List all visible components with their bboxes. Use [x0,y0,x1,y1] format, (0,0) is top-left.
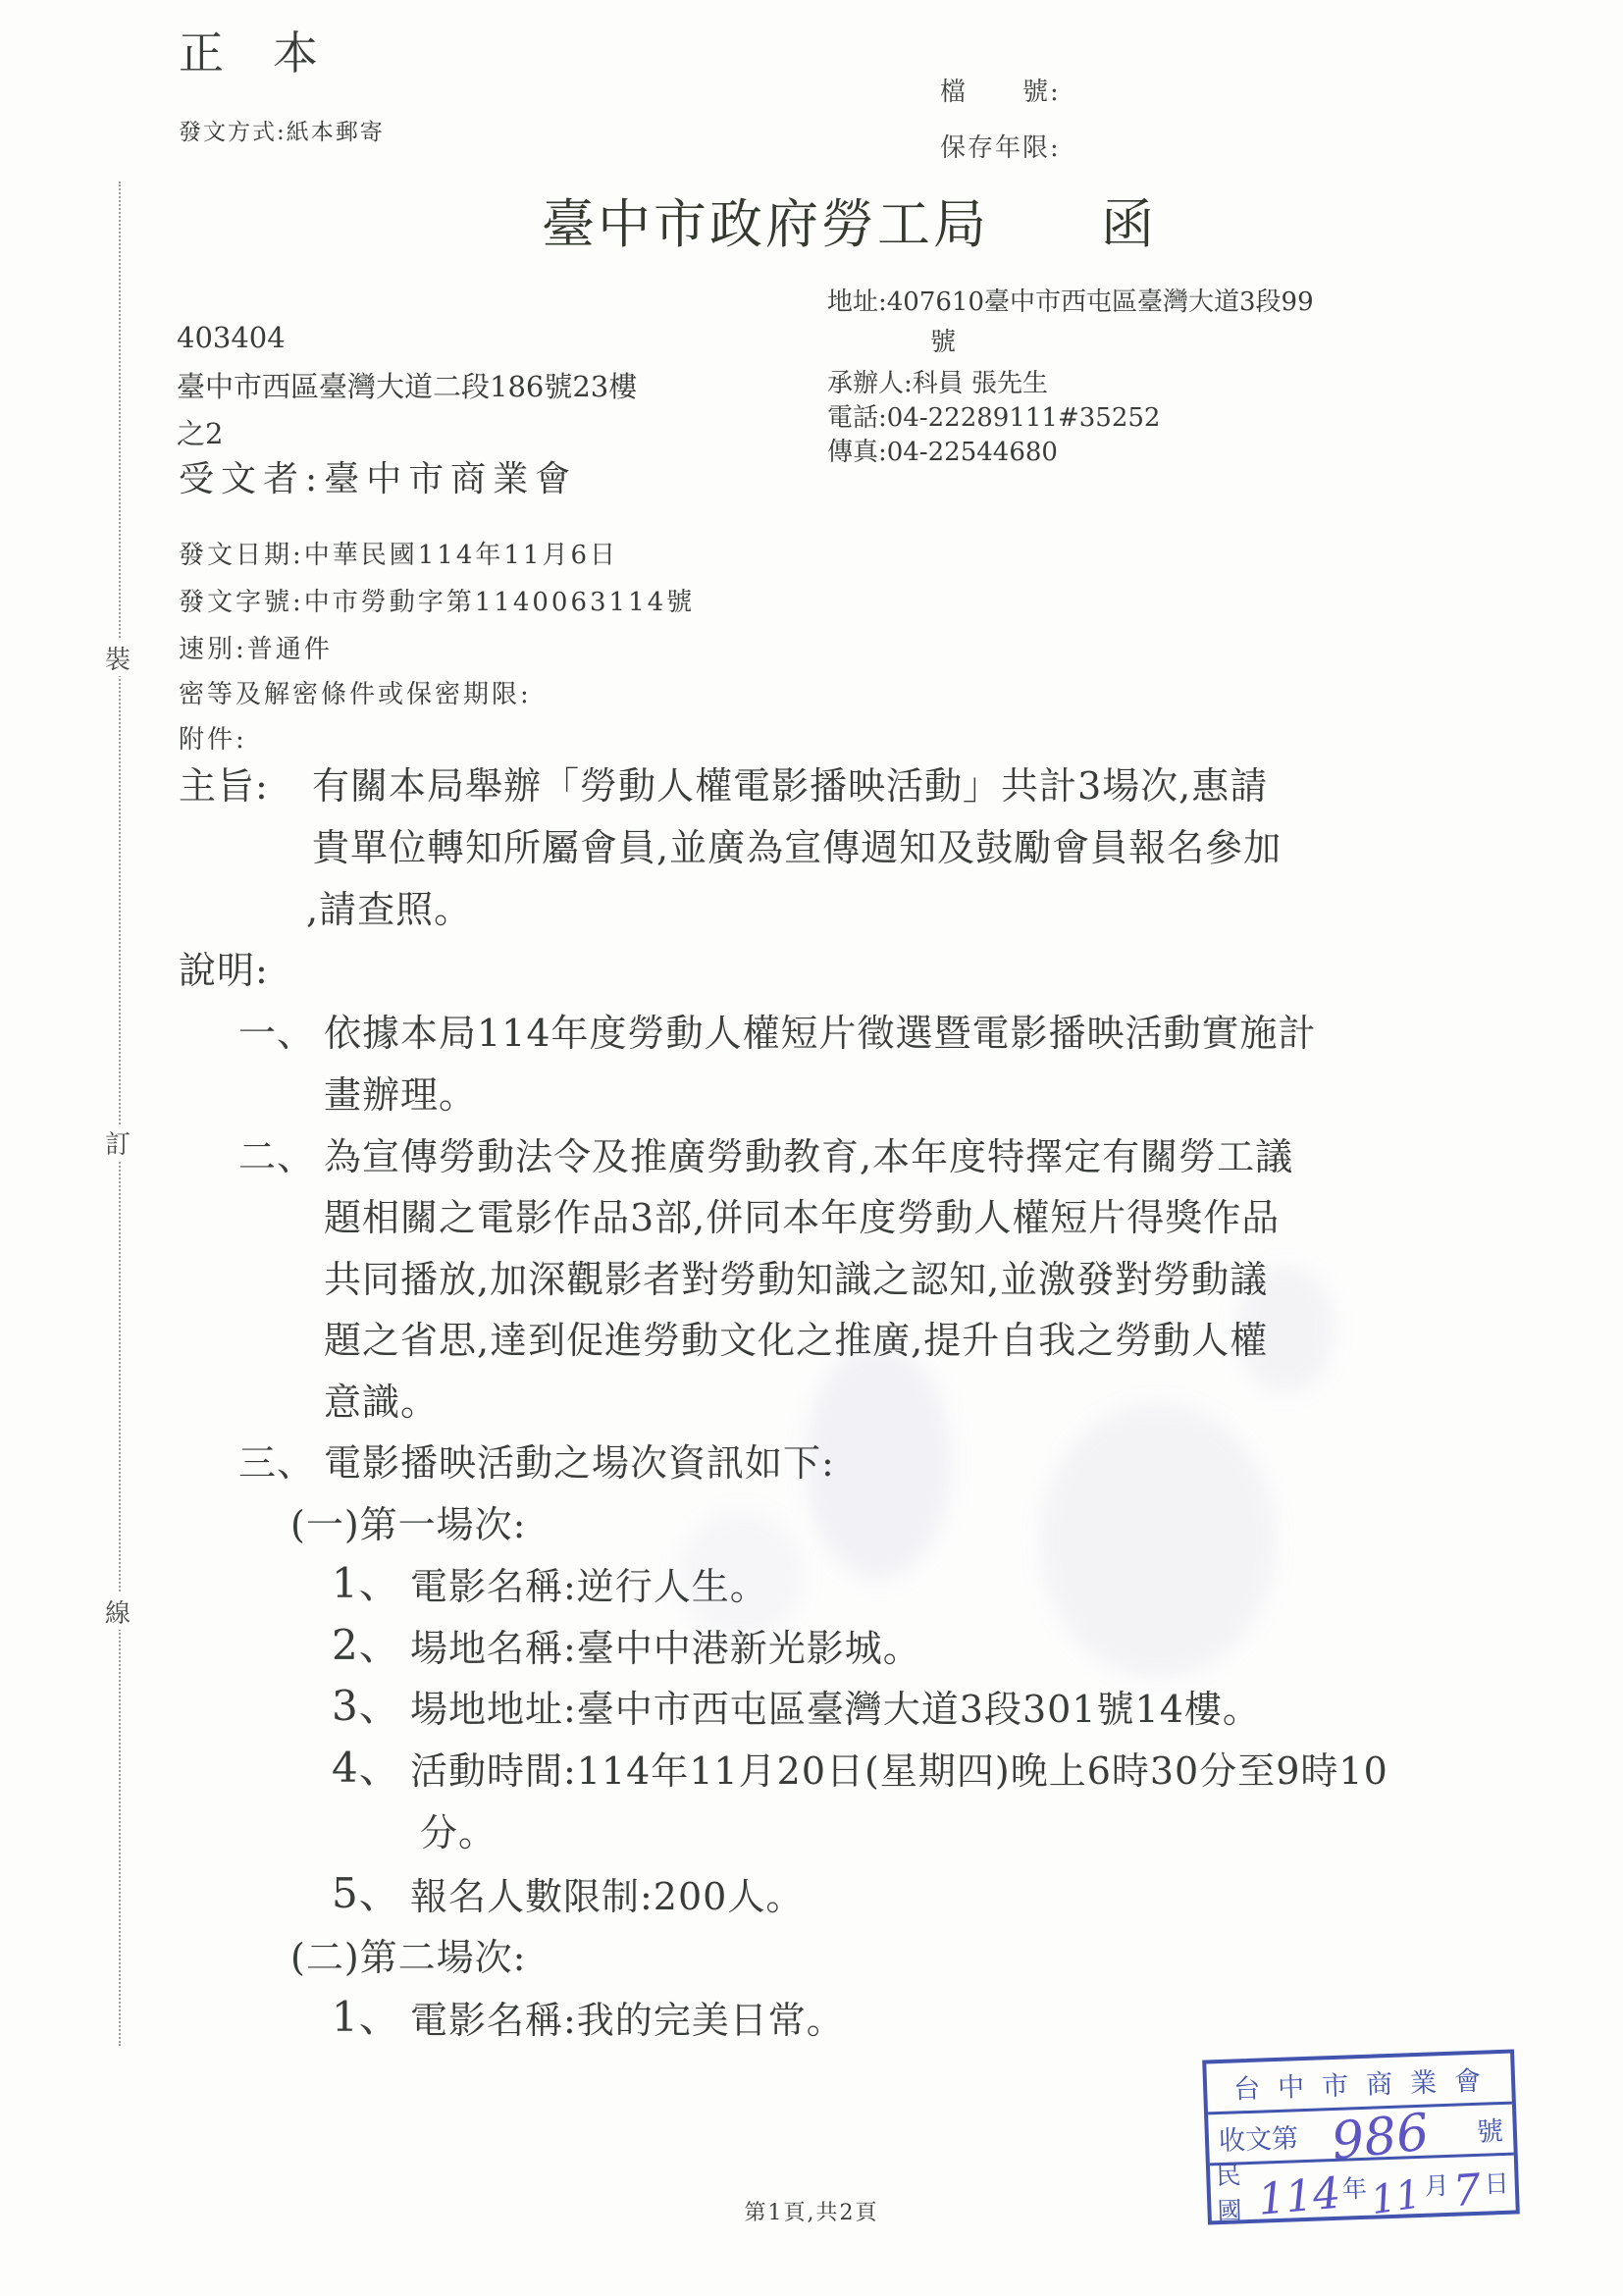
agency-contact-person: 承辦人:科員 張先生 [827,370,1048,399]
stamp-year-unit: 年 [1341,2168,1367,2205]
issue-date-line: 發文日期:中華民國114年11月6日 [179,542,618,571]
copy-type-label: 正 本 [179,27,320,79]
stamp-month-unit: 月 [1424,2166,1449,2202]
subject-line-3: ,請查照。 [306,889,472,932]
subject-line-1: 有關本局舉辦「勞動人權電影播映活動」共計3場次,惠請 [312,765,1268,809]
session2-item1-number: 1、 [332,1994,401,2041]
explanation-item1-line1: 依據本局114年度勞動人權短片徵選暨電影播映活動實施計 [324,1013,1317,1056]
session1-item3-text: 場地地址:臺中市西屯區臺灣大道3段301號14樓。 [410,1689,1261,1732]
priority-line: 速別:普通件 [179,636,333,665]
stamp-date-era: 民國 [1216,2155,1258,2226]
explanation-item3-number: 三、 [238,1442,315,1486]
session2-header: (二)第二場次: [290,1937,526,1980]
session1-header: (一)第一場次: [290,1504,526,1547]
subject-label: 主旨: [179,765,269,809]
explanation-item2-line1: 為宣傳勞動法令及推廣勞動教育,本年度特擇定有關勞工議 [324,1136,1293,1179]
doc-number-line: 發文字號:中市勞動字第1140063114號 [179,589,695,618]
explanation-item1-number: 一、 [238,1013,315,1056]
scanned-official-letter-page: 裝 訂 線 正 本 發文方式:紙本郵寄 檔 號: 保存年限: 臺中市政府勞工局 … [0,0,1623,2296]
scan-smudge [1040,1403,1276,1678]
stamp-month-handwritten: 11 [1368,2171,1424,2223]
session1-item4-number: 4、 [332,1745,401,1792]
binding-mark-ding: 訂 [98,1124,137,1161]
session1-item5-number: 5、 [332,1870,401,1917]
recipient-line: 受文者:臺中市商業會 [179,459,577,499]
session1-item4-text: 活動時間:114年11月20日(星期四)晚上6時30分至9時10 [410,1750,1388,1794]
explanation-item2-line5: 意識。 [324,1382,439,1425]
explanation-label: 說明: [179,950,269,993]
stamp-day-handwritten: 7 [1451,2165,1482,2217]
session1-item2-number: 2、 [332,1622,401,1669]
stamp-receipt-number-handwritten: 986 [1329,2103,1432,2171]
subject-line-2: 貴單位轉知所屬會員,並廣為宣傳週知及鼓勵會員報名參加 [312,827,1282,870]
document-title: 臺中市政府勞工局 函 [542,194,1157,255]
agency-address-line1: 地址:407610臺中市西屯區臺灣大道3段99 [827,288,1314,318]
retention-period-label: 保存年限: [940,134,1061,164]
session1-item2-text: 場地名稱:臺中中港新光影城。 [410,1628,921,1671]
recipient-address-line2: 之2 [177,418,223,450]
stamp-year-handwritten: 114 [1256,2168,1342,2225]
delivery-method-label: 發文方式:紙本郵寄 [179,120,385,145]
receipt-stamp: 台中市商業會 收文第 986 號 民國 114 年 11 月 7 日 [1202,2050,1520,2225]
explanation-item2-line2: 題相關之電影作品3部,併同本年度勞動人權短片得獎作品 [324,1197,1280,1240]
session1-item1-text: 電影名稱:逆行人生。 [410,1566,768,1609]
session1-item3-number: 3、 [332,1683,401,1730]
agency-phone: 電話:04-22289111#35252 [827,404,1160,434]
stamp-receipt-prefix: 收文第 [1218,2116,1298,2158]
stamp-day-unit: 日 [1484,2164,1509,2200]
file-number-label: 檔 號: [940,78,1061,108]
explanation-item2-line4: 題之省思,達到促進勞動文化之推廣,提升自我之勞動人權 [324,1320,1268,1363]
recipient-address-line1: 臺中市西區臺灣大道二段186號23樓 [177,371,637,403]
session1-item1-number: 1、 [332,1560,401,1607]
agency-fax: 傳真:04-22544680 [827,439,1058,468]
security-line: 密等及解密條件或保密期限: [179,681,532,710]
explanation-item1-line2: 畫辦理。 [324,1074,477,1118]
attachment-line: 附件: [179,726,247,756]
binding-dotted-line [119,182,121,2046]
binding-mark-xian: 線 [98,1593,137,1630]
session2-item1-text: 電影名稱:我的完美日常。 [410,2000,845,2043]
explanation-item3-line1: 電影播映活動之場次資訊如下: [324,1442,835,1486]
session1-item4-wrap: 分。 [420,1812,497,1855]
explanation-item2-line3: 共同播放,加深觀影者對勞動知識之認知,並激發對勞動議 [324,1259,1268,1302]
explanation-item2-number: 二、 [238,1136,315,1179]
stamp-receipt-suffix: 號 [1476,2110,1503,2149]
agency-address-line2: 號 [930,329,956,358]
session1-item5-text: 報名人數限制:200人。 [410,1876,804,1919]
recipient-zip: 403404 [177,322,286,354]
binding-mark-zhuang: 裝 [98,640,137,676]
